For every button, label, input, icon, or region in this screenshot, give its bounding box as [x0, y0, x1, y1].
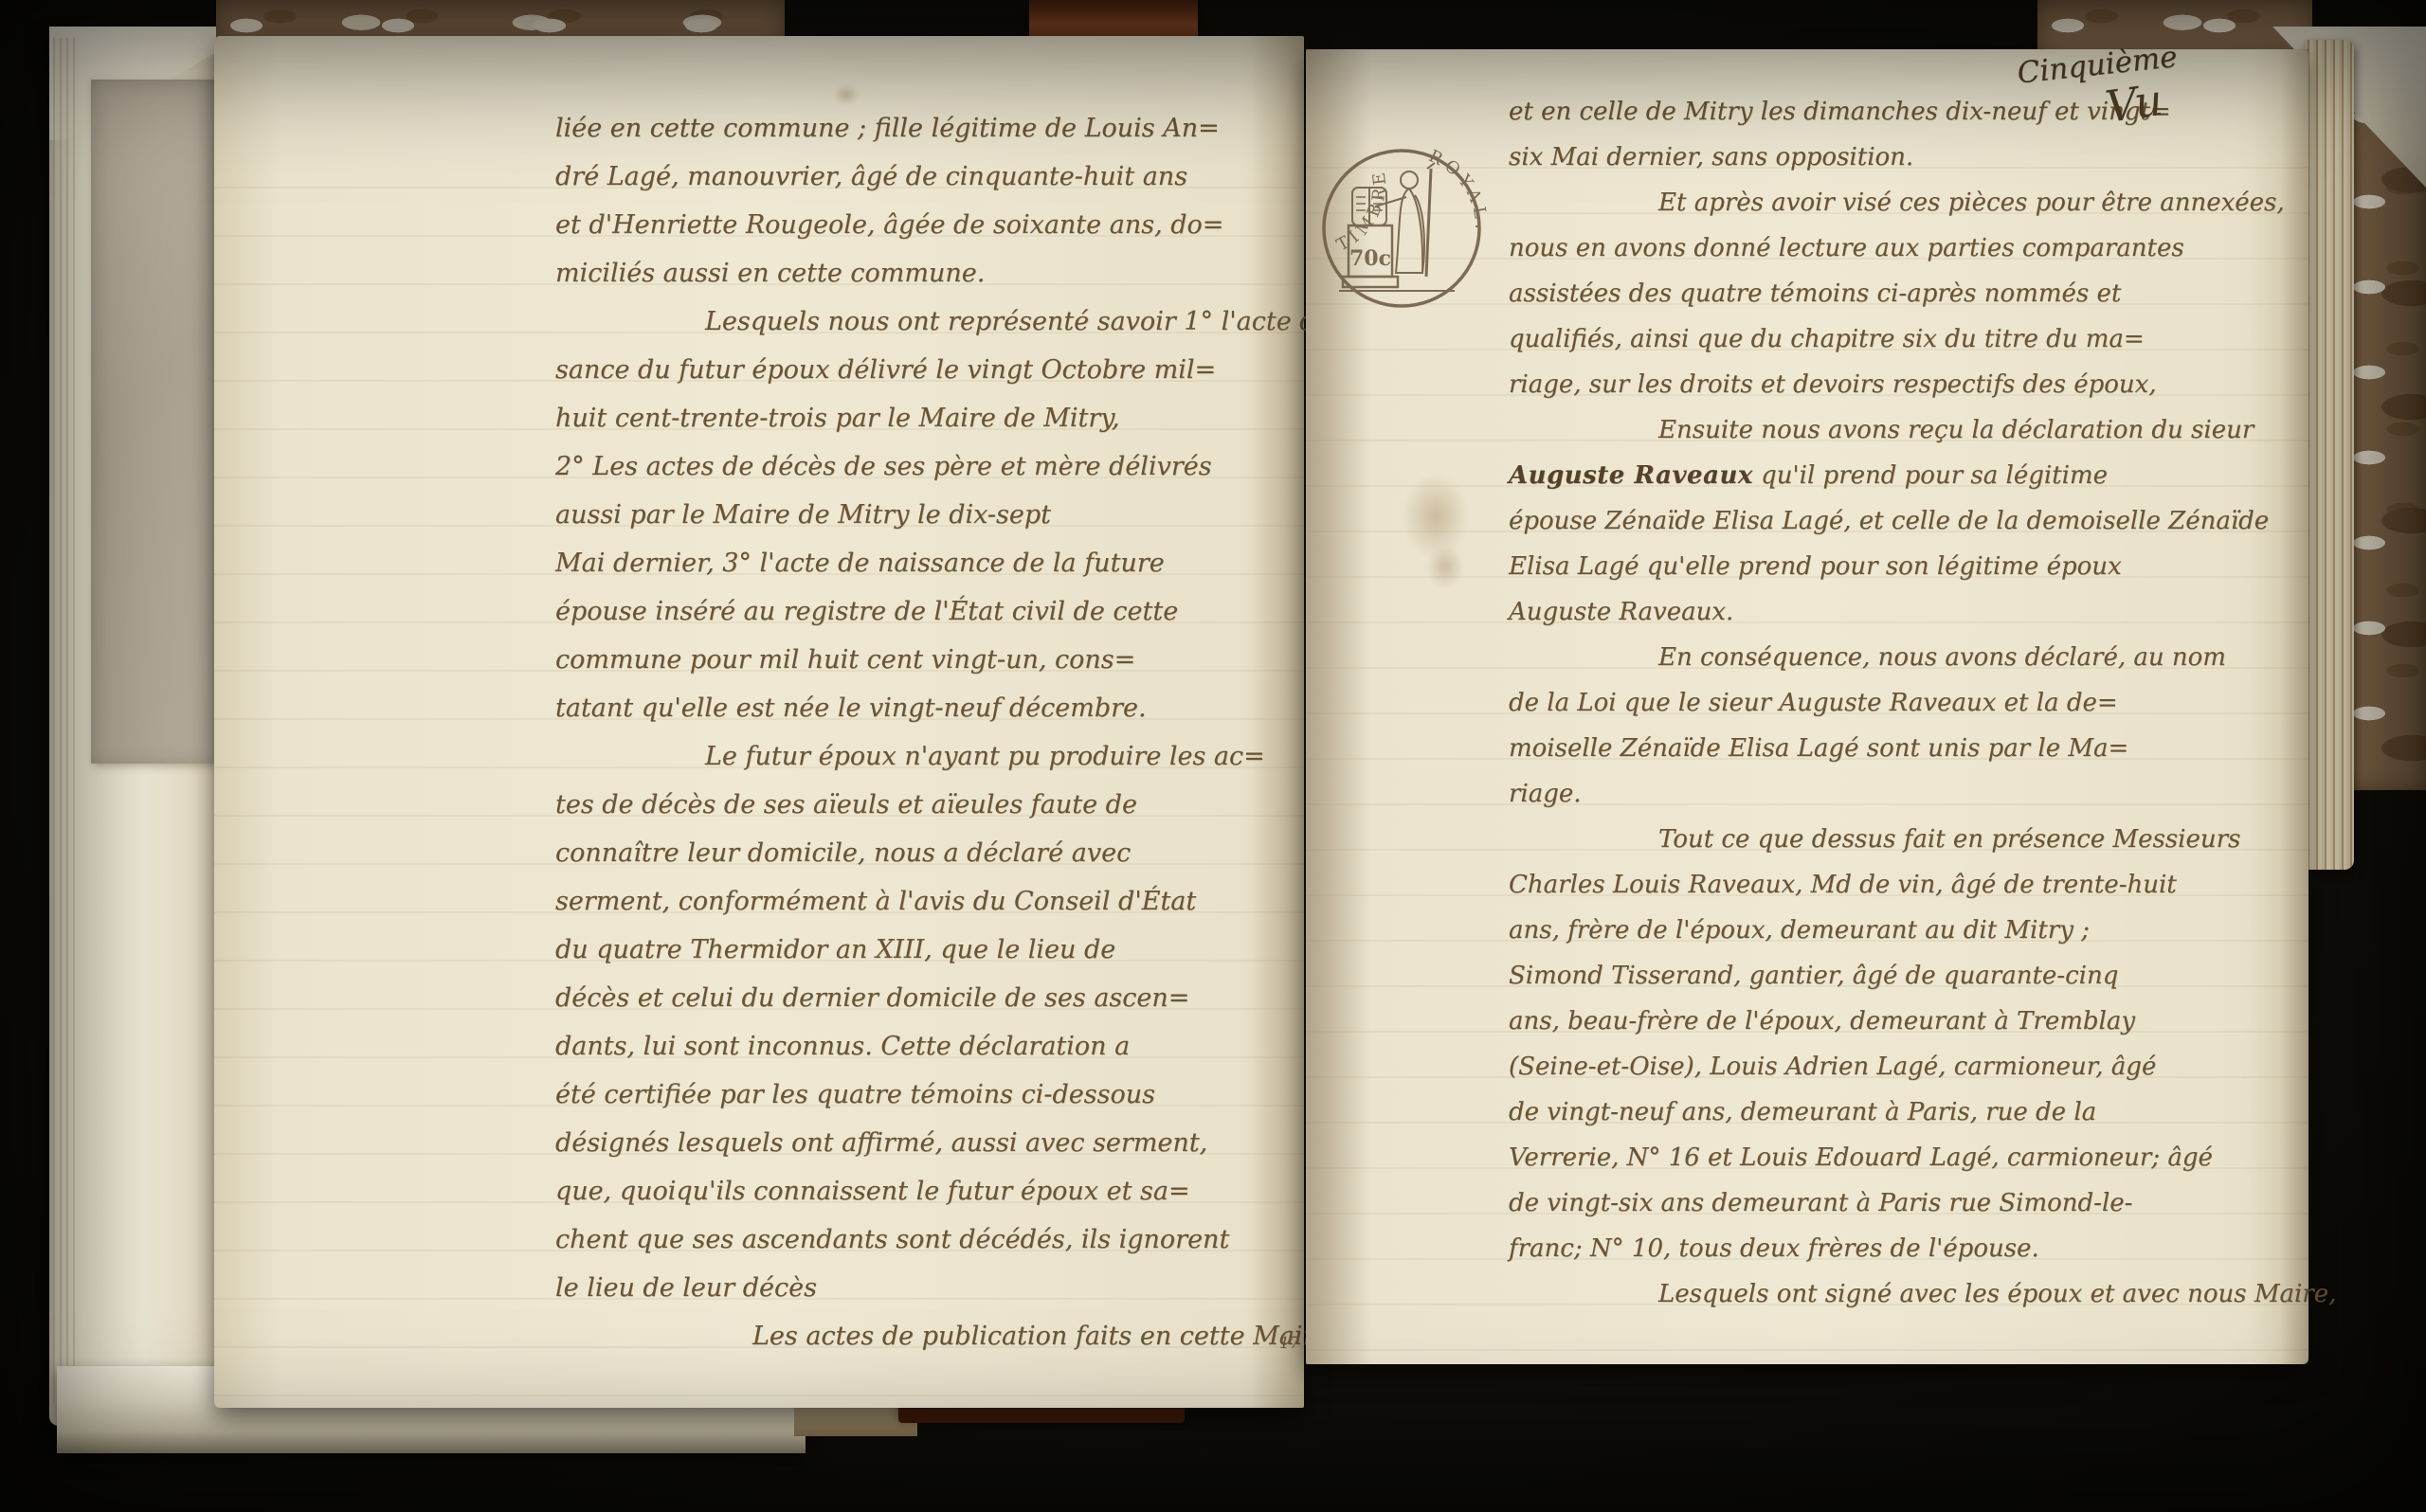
- manuscript-line: Ensuite nous avons reçu la déclaration d…: [1509, 407, 2295, 453]
- manuscript-line: sance du futur époux délivré le vingt Oc…: [555, 346, 1304, 394]
- manuscript-line: Et après avoir visé ces pièces pour être…: [1509, 180, 2295, 225]
- manuscript-line: de vingt-six ans demeurant à Paris rue S…: [1509, 1180, 2295, 1226]
- grey-blotting-sheet: [91, 80, 216, 764]
- manuscript-line: serment, conformément à l'avis du Consei…: [555, 877, 1304, 926]
- right-page-block-edges: [2305, 40, 2354, 870]
- manuscript-line: dré Lagé, manouvrier, âgé de cinquante-h…: [555, 153, 1304, 201]
- revenue-stamp: 70c TIMBRE ROYAL.: [1311, 133, 1493, 324]
- manuscript-line: chent que ses ascendants sont décédés, i…: [555, 1215, 1304, 1264]
- manuscript-line: miciliés aussi en cette commune.: [555, 249, 1304, 297]
- manuscript-line: qualifiés, ainsi que du chapitre six du …: [1509, 316, 2295, 362]
- left-page: liée en cette commune ; fille légitime d…: [214, 36, 1304, 1408]
- manuscript-line: Lesquels ont signé avec les époux et ave…: [1509, 1271, 2295, 1317]
- manuscript-line: Elisa Lagé qu'elle prend pour son légiti…: [1509, 544, 2295, 589]
- manuscript-line: épouse Zénaïde Elisa Lagé, et celle de l…: [1509, 498, 2295, 544]
- manuscript-line: et en celle de Mitry les dimanches dix-n…: [1509, 89, 2295, 135]
- manuscript-line: et d'Henriette Rougeole, âgée de soixant…: [555, 201, 1304, 249]
- manuscript-line: six Mai dernier, sans opposition.: [1509, 135, 2295, 180]
- manuscript-line: été certifiée par les quatre témoins ci-…: [555, 1071, 1304, 1119]
- ink-stain: [1426, 545, 1464, 588]
- manuscript-line: Le futur époux n'ayant pu produire les a…: [555, 732, 1304, 781]
- stamp-denomination: 70c: [1349, 246, 1391, 271]
- manuscript-line: Simond Tisserand, gantier, âgé de quaran…: [1509, 953, 2295, 999]
- manuscript-line: commune pour mil huit cent vingt-un, con…: [555, 636, 1304, 684]
- right-page-text: et en celle de Mitry les dimanches dix-n…: [1509, 89, 2295, 1317]
- stamp-arc-text-right: ROYAL.: [1425, 146, 1491, 234]
- manuscript-line: tes de décès de ses aïeuls et aïeules fa…: [555, 781, 1304, 829]
- manuscript-line: liée en cette commune ; fille légitime d…: [555, 104, 1304, 153]
- manuscript-line: connaître leur domicile, nous a déclaré …: [555, 829, 1304, 877]
- manuscript-line: du quatre Thermidor an XIII, que le lieu…: [555, 926, 1304, 974]
- manuscript-line: Auguste Raveaux qu'il prend pour sa légi…: [1509, 453, 2295, 498]
- manuscript-line: épouse inséré au registre de l'État civi…: [555, 587, 1304, 636]
- manuscript-line: moiselle Zénaïde Elisa Lagé sont unis pa…: [1509, 726, 2295, 771]
- paraph-vu: Vu: [2103, 74, 2166, 133]
- manuscript-line: Les actes de publication faits en cette …: [555, 1312, 1304, 1360]
- left-page-stack-lines: [53, 38, 78, 1402]
- manuscript-line: dants, lui sont inconnus. Cette déclarat…: [555, 1022, 1304, 1071]
- manuscript-line: En conséquence, nous avons déclaré, au n…: [1509, 635, 2295, 680]
- manuscript-line: nous en avons donné lecture aux parties …: [1509, 225, 2295, 271]
- manuscript-line: ans, beau-frère de l'époux, demeurant à …: [1509, 999, 2295, 1044]
- manuscript-line: que, quoiqu'ils connaissent le futur épo…: [555, 1167, 1304, 1215]
- manuscript-line: Auguste Raveaux.: [1509, 589, 2295, 635]
- manuscript-line: Mai dernier, 3° l'acte de naissance de l…: [555, 539, 1304, 587]
- manuscript-line: Charles Louis Raveaux, Md de vin, âgé de…: [1509, 862, 2295, 908]
- timbre-royal-stamp-icon: 70c TIMBRE ROYAL.: [1311, 133, 1493, 324]
- manuscript-line: le lieu de leur décès: [555, 1264, 1304, 1312]
- manuscript-line: aussi par le Maire de Mitry le dix-sept: [555, 491, 1304, 539]
- manuscript-line: huit cent-trente-trois par le Maire de M…: [555, 394, 1304, 442]
- manuscript-line: ans, frère de l'époux, demeurant au dit …: [1509, 908, 2295, 953]
- manuscript-line: riage, sur les droits et devoirs respect…: [1509, 362, 2295, 407]
- manuscript-line: assistées des quatre témoins ci-après no…: [1509, 271, 2295, 316]
- manuscript-line: Tout ce que dessus fait en présence Mess…: [1509, 817, 2295, 862]
- svg-text:ROYAL.: ROYAL.: [1425, 146, 1491, 234]
- manuscript-line: Lesquels nous ont représenté savoir 1° l…: [555, 297, 1304, 346]
- foxing-spot: [834, 85, 859, 104]
- manuscript-line: tatant qu'elle est née le vingt-neuf déc…: [555, 684, 1304, 732]
- manuscript-line: 2° Les actes de décès de ses père et mèr…: [555, 442, 1304, 491]
- manuscript-line: de vingt-neuf ans, demeurant à Paris, ru…: [1509, 1089, 2295, 1135]
- manuscript-line: de la Loi que le sieur Auguste Raveaux e…: [1509, 680, 2295, 726]
- left-page-text: liée en cette commune ; fille légitime d…: [555, 104, 1304, 1360]
- manuscript-line: désignés lesquels ont affirmé, aussi ave…: [555, 1119, 1304, 1167]
- page-mark: 17: [1279, 1334, 1300, 1353]
- manuscript-line: décès et celui du dernier domicile de se…: [555, 974, 1304, 1022]
- manuscript-line: franc; N° 10, tous deux frères de l'épou…: [1509, 1226, 2295, 1271]
- manuscript-line: (Seine-et-Oise), Louis Adrien Lagé, carm…: [1509, 1044, 2295, 1089]
- scanned-register-photo: liée en cette commune ; fille légitime d…: [0, 0, 2426, 1512]
- manuscript-line: Verrerie, N° 16 et Louis Edouard Lagé, c…: [1509, 1135, 2295, 1180]
- manuscript-line: riage.: [1509, 771, 2295, 817]
